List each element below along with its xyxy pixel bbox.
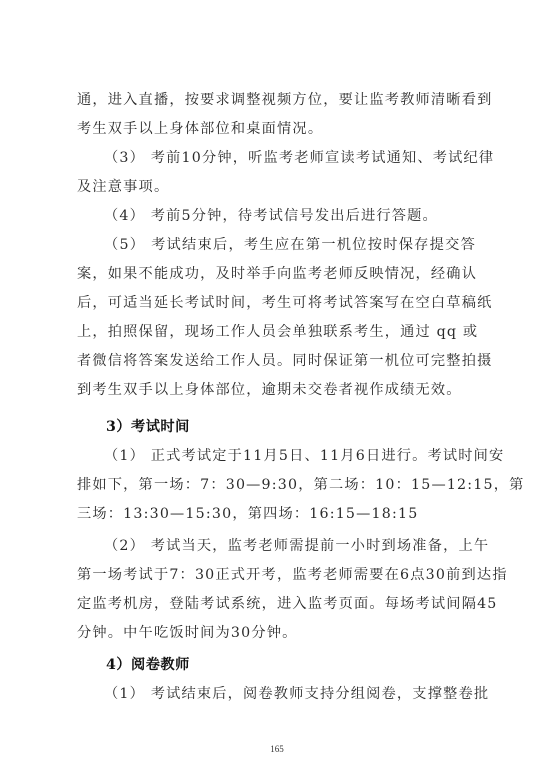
text-line: 三场：13:30—15:30，第四场：16:15—18:15 [77, 504, 418, 524]
text-line: （2） 考试当天，监考老师需提前一小时到场准备，上午 [104, 536, 476, 556]
section-heading: 4）阅卷教师 [106, 655, 190, 675]
text-line: 定监考机房，登陆考试系统，进入监考页面。每场考试间隔45 [77, 594, 476, 614]
text-line: 后，可适当延长考试时间，考生可将考试答案写在空白草稿纸 [77, 293, 476, 313]
text-line: 者微信将答案发送给工作人员。同时保证第一机位可完整拍摄 [77, 351, 476, 371]
text-line: （3） 考前10分钟，听监考老师宣读考试通知、考试纪律 [104, 148, 476, 168]
text-line: 及注意事项。 [77, 177, 169, 197]
document-page: 通，进入直播，按要求调整视频方位，要让监考教师清晰看到考生双手以上身体部位和桌面… [0, 0, 554, 783]
text-line: （1） 正式考试定于11月5日、11月6日进行。考试时间安 [104, 446, 476, 466]
text-line: 排如下，第一场：7：30—9:30，第二场：10：15—12:15，第 [77, 475, 476, 495]
text-line: 第一场考试于7：30正式开考，监考老师需要在6点30前到达指 [77, 565, 476, 585]
text-line: 分钟。中午吃饭时间为30分钟。 [77, 623, 298, 643]
text-line: （1） 考试结束后，阅卷教师支持分组阅卷，支撑整卷批 [104, 684, 476, 704]
page-number: 165 [0, 744, 554, 754]
text-line: 到考生双手以上身体部位，逾期未交卷者视作成绩无效。 [77, 380, 462, 400]
text-line: 案，如果不能成功，及时举手向监考老师反映情况，经确认 [77, 264, 476, 284]
text-line: 考生双手以上身体部位和桌面情况。 [77, 119, 323, 139]
text-line: （4） 考前5分钟，待考试信号发出后进行答题。 [104, 206, 438, 226]
text-line: 上，拍照保留，现场工作人员会单独联系考生，通过 qq 或 [77, 322, 476, 342]
text-line: 通，进入直播，按要求调整视频方位，要让监考教师清晰看到 [77, 90, 476, 110]
section-heading: 3）考试时间 [106, 417, 190, 437]
text-line: （5） 考试结束后，考生应在第一机位按时保存提交答 [104, 235, 476, 255]
